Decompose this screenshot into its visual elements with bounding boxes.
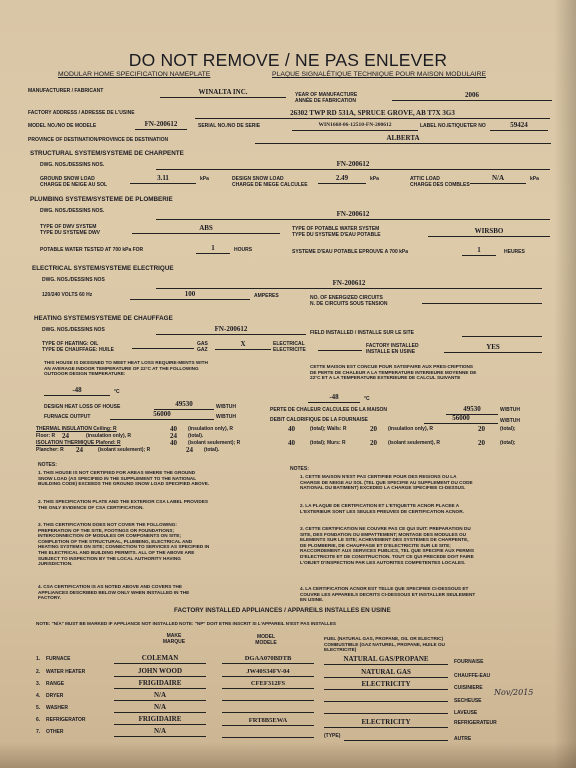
electrical-dwg-value: FN-200612 — [156, 279, 542, 289]
row-num: 5. — [36, 705, 40, 711]
row-fr: CUISINIERE — [454, 685, 483, 691]
hours-label: HOURS — [234, 247, 252, 253]
note-en-2: 2. THIS SPECIFICATION PLATE AND THE EXTE… — [38, 499, 210, 510]
furnace-label: FURNACE OUTPUT — [44, 414, 90, 420]
field-installed-line — [462, 336, 542, 337]
ground-snow-unit: kPa — [200, 176, 209, 182]
furnace-value: 56000 — [110, 410, 214, 420]
heat-loss-label: DESIGN HEAT LOSS OF HOUSE — [44, 404, 120, 410]
handwritten-date: Nov/2015 — [494, 688, 533, 697]
manufacturer-label: MANUFACTURER / FABRICANT — [28, 88, 103, 94]
plumbing-dwg-value: FN-200612 — [156, 210, 550, 220]
design-snow-value: 2.49 — [318, 174, 366, 184]
row-fr: SECHEUSE — [454, 698, 482, 704]
heat-loss-value: 49530 — [154, 400, 214, 410]
row-name: FURNACE — [46, 656, 70, 662]
notes-en-heading: NOTES: — [38, 462, 57, 468]
row-fuel — [344, 731, 448, 741]
structural-heading: STRUCTURAL SYSTEM/SYSTEME DE CHARPENTE — [30, 150, 184, 157]
row-name: OTHER — [46, 729, 64, 735]
amperes-label: AMPERES — [254, 293, 279, 299]
structural-dwg-value: FN-200612 — [156, 160, 550, 170]
row-name: WATER HEATER — [46, 669, 85, 675]
walls-label: (total); Walls: R — [310, 426, 346, 432]
appliances-note: NOTE: "N/A" MUST BE MARKED IF APPLIANCE … — [36, 621, 336, 627]
row-fuel: ELECTRICITY — [324, 718, 448, 728]
row-num: 6. — [36, 717, 40, 723]
plancher-total-label: (total). — [204, 447, 219, 453]
page-title: DO NOT REMOVE / NE PAS ENLEVER — [0, 50, 576, 71]
row-fuel: ELECTRICITY — [324, 680, 448, 690]
row-model: FRT8B5EWA — [222, 716, 314, 726]
structural-dwg-label: DWG. NOS./DESSINS NOS. — [40, 162, 104, 168]
row-make: N/A — [114, 703, 206, 713]
label-no-label: LABEL NO./ETIQUETER NO — [420, 123, 486, 129]
row-fr: FOURNAISE — [454, 659, 483, 665]
heat-loss-unit-fr: W/BTUH — [500, 407, 520, 413]
circuits-label-fr: N. DE CIRCUITS SOUS TENSION — [310, 301, 388, 307]
outdoor-temp-fr: -48 — [308, 393, 360, 403]
row-num: 4. — [36, 693, 40, 699]
note-fr-3: 3. CETTE CERTIFICATION NE COUVRE PAS CE … — [300, 526, 476, 565]
heat-loss-label-fr: PERTE DE CHALEUR CALCULEE DE LA MAISON — [270, 407, 387, 413]
plancher-ins-label: (isolant seulement); R — [98, 447, 150, 453]
year-label-fr: ANNÉE DE FABRICATION — [295, 98, 356, 104]
insulation-row-4: Plancher: R 24 (isolant seulement); R 24… — [36, 447, 64, 453]
ground-snow-label-fr: CHARGE DE NEIGE AU SOL — [40, 182, 107, 188]
note-en-3: 3. THIS CERTIFICATION DOES NOT COVER THE… — [38, 522, 210, 567]
row-num: 1. — [36, 656, 40, 662]
design-snow-unit: kPa — [370, 176, 379, 182]
row-name: REFRIGERATOR — [46, 717, 86, 723]
floor-ins-label: (insulation only), R — [86, 433, 131, 439]
ceiling-ins-label: (insulation only), R — [188, 426, 233, 432]
notes-fr-heading: NOTES: — [290, 466, 309, 472]
deg-unit-fr: °C — [364, 396, 370, 402]
row-make: JOHN WOOD — [114, 667, 206, 677]
field-installed-label: FIELD INSTALLED / INSTALLE SUR LE SITE — [310, 330, 414, 336]
electrical-heading: ELECTRICAL SYSTEM/SYSTEME ELECTRIQUE — [32, 265, 174, 272]
row-name: DRYER — [46, 693, 63, 699]
ceiling-total: 40 — [288, 426, 295, 432]
row-fuel: NATURAL GAS/PROPANE — [324, 655, 448, 665]
heating-dwg-value: FN-200612 — [156, 325, 306, 335]
note-fr-4: 4. LA CERTIFICATION ACNOR EST TELLE QUE … — [300, 586, 476, 603]
plancher-label: Plancher: R — [36, 447, 64, 453]
nameplate-document: DO NOT REMOVE / NE PAS ENLEVER MODULAR H… — [0, 0, 576, 768]
circuits-value — [422, 294, 542, 304]
factory-label-fr: INSTALLE EN USINE — [366, 349, 415, 355]
electrical-dwg-label: DWG. NOS./DESSINS NOS — [42, 277, 105, 283]
design-text-en: THIS HOUSE IS DESIGNED TO MEET HEAT LOSS… — [44, 360, 212, 377]
row-num: 7. — [36, 729, 40, 735]
serial-label: SERIAL NO./NO DE SERIE — [198, 123, 260, 129]
row-fr: CHAUFFE-EAU — [454, 673, 490, 679]
factory-address-value: 26302 TWP RD 531A, SPRUCE GROVE, AB T7X … — [195, 109, 550, 119]
row-model: DGAA070BDTB — [222, 654, 314, 664]
row-model — [222, 703, 314, 713]
row-make: FRIGIDAIRE — [114, 679, 206, 689]
serial-value: WIN1668-06-12510-FN-200612 — [292, 121, 418, 131]
furnace-value-fr: 56000 — [424, 414, 498, 424]
dwv-label-fr: TYPE DU SYSTEME DWV — [40, 230, 100, 236]
attic-value: N/A — [470, 174, 526, 184]
province-value: ALBERTA — [255, 134, 551, 144]
factory-address-label: FACTORY ADDRESS / ADRESSE DE L'USINE — [28, 110, 135, 116]
murs-ins-label: (isolant seulement), R — [388, 440, 440, 446]
plumbing-heading: PLUMBING SYSTEM/SYSTEME DE PLOMBERIE — [30, 196, 173, 203]
row-num: 3. — [36, 681, 40, 687]
tested-label-fr: SYSTEME D'EAU POTABLE EPROUVE A 700 kPa — [292, 249, 408, 255]
floor-r: 24 — [62, 433, 69, 439]
note-fr-1: 1. CETTE MAISON N'EST PAS CERTIFIEE POUR… — [300, 474, 476, 491]
label-no-value: 59424 — [490, 121, 548, 131]
gas-label-fr: GAZ — [197, 347, 208, 353]
insulation-row-1: THERMAL INSULATION Ceiling: R 40 (insula… — [36, 426, 117, 432]
row-make: COLEMAN — [114, 654, 206, 664]
design-text-fr: CETTE MAISON EST CONCUE POUR SATISFAIRE … — [310, 364, 480, 381]
ground-snow-value: 3.11 — [130, 174, 196, 184]
hours-label-fr: HEURES — [504, 249, 525, 255]
row-make: N/A — [114, 691, 206, 701]
row-make: N/A — [114, 727, 206, 737]
row-fr: LAVEUSE — [454, 710, 477, 716]
row-name: RANGE — [46, 681, 64, 687]
page-shadow-bottom — [0, 742, 576, 768]
row-fuel — [324, 704, 448, 714]
row-name: WASHER — [46, 705, 68, 711]
walls-r: 20 — [370, 426, 377, 432]
furnace-label-fr: DEBIT CALORIFIQUE DE LA FOURNAISE — [270, 417, 368, 423]
row-num: 2. — [36, 669, 40, 675]
murs-label: (total); Murs: R — [310, 440, 346, 446]
plancher-total: 24 — [186, 447, 193, 453]
elec-label-fr: ELECTRICITE — [273, 347, 306, 353]
plancher-r: 24 — [76, 447, 83, 453]
row-model: CFEF312FS — [222, 679, 314, 689]
row-model — [222, 691, 314, 701]
row-model: JW40S34FV-04 — [222, 667, 314, 677]
walls-total-label: (total); — [500, 426, 516, 432]
model-value: FN-200612 — [135, 120, 187, 130]
type-label: (TYPE) — [324, 733, 340, 739]
attic-unit: kPa — [530, 176, 539, 182]
manufacturer-value: WINALTA INC. — [160, 88, 286, 98]
plumbing-dwg-label: DWG. NOS./DESSINS NOS. — [40, 208, 104, 214]
deg-unit: °C — [114, 389, 120, 395]
furnace-unit: W/BTUH — [216, 414, 236, 420]
year-value: 2006 — [392, 91, 552, 101]
note-fr-2: 2. LA PLAQUE DE CERTIFICATION ET L'ETIQU… — [300, 503, 476, 514]
col-fuel: FUEL (NATURAL GAS, PROPANE, OIL OR ELECT… — [324, 636, 460, 653]
subtitle-en: MODULAR HOME SPECIFICATION NAMEPLATE — [58, 71, 210, 78]
row-fuel: NATURAL GAS — [324, 668, 448, 678]
outdoor-temp: -48 — [44, 386, 110, 396]
tested-hours-fr: 1 — [462, 246, 496, 256]
murs-total: 20 — [478, 440, 485, 446]
heat-loss-unit: W/BTUH — [216, 404, 236, 410]
note-en-4: 4. CSA CERTIFICATION IS AS NOTED ABOVE A… — [38, 584, 206, 601]
murs-total-label: (total); — [500, 440, 516, 446]
row-make: FRIGIDAIRE — [114, 715, 206, 725]
heating-heading: HEATING SYSTEM/SYSTEME DE CHAUFFAGE — [34, 315, 173, 322]
row-model — [222, 728, 314, 738]
col-make-fr: MARQUE — [154, 639, 194, 645]
page-shadow — [554, 0, 576, 768]
potable-label-fr: TYPE DU SYSTEME D'EAU POTABLE — [292, 232, 381, 238]
subtitle-fr: PLAQUE SIGNALÉTIQUE TECHNIQUE POUR MAISO… — [272, 71, 486, 78]
walls-total: 20 — [478, 426, 485, 432]
walls-ins-label: (insulation only), R — [388, 426, 433, 432]
ceiling-label: THERMAL INSULATION Ceiling: R — [36, 426, 117, 432]
heating-dwg-label: DWG. NOS./DESSINS NOS — [42, 327, 105, 333]
plafond-r: 40 — [170, 440, 177, 446]
factory-value: YES — [444, 343, 542, 353]
tested-label: POTABLE WATER TESTED AT 700 kPa FOR — [40, 247, 143, 253]
dwv-value: ABS — [132, 224, 280, 234]
floor-total-label: (total). — [188, 433, 203, 439]
model-label: MODEL NO./NO DE MODELE — [28, 123, 96, 129]
plafond-ins-label: (isolant seulement); R — [188, 440, 240, 446]
gas-value: X — [215, 340, 271, 350]
murs-r: 20 — [370, 440, 377, 446]
potable-value: WIRSBO — [428, 227, 550, 237]
heating-type-label-fr: TYPE DE CHAUFFAGE: HUILE — [42, 347, 114, 353]
col-model-fr: MODELE — [246, 640, 286, 646]
row-fuel — [324, 692, 448, 702]
insulation-row-2: Floor: R 24 (insulation only), R 24 (tot… — [36, 433, 55, 439]
furnace-unit-fr: W/BTUH — [500, 418, 520, 424]
row-fr: AUTRE — [454, 736, 471, 742]
oil-line — [132, 348, 194, 349]
design-snow-label-fr: CHARGE DE NIEGE CALCULEE — [232, 182, 308, 188]
volts-label: 120/240 VOLTS 60 Hz — [42, 292, 92, 298]
amperes-value: 100 — [130, 290, 250, 300]
elec-line — [318, 350, 362, 351]
note-en-1: 1. THIS HOUSE IS NOT CERTIFIED FOR AREAS… — [38, 470, 210, 487]
appliances-heading: FACTORY INSTALLED APPLIANCES / APPAREILS… — [174, 607, 391, 614]
tested-hours: 1 — [196, 244, 230, 254]
attic-label-fr: CHARGE DES COMBLES — [410, 182, 470, 188]
plafond-total: 40 — [288, 440, 295, 446]
province-label: PROVINCE OF DESTINATION/PROVINCE DE DEST… — [28, 137, 168, 143]
row-fr: REFRIGERATEUR — [454, 720, 497, 726]
floor-label: Floor: R — [36, 433, 55, 439]
